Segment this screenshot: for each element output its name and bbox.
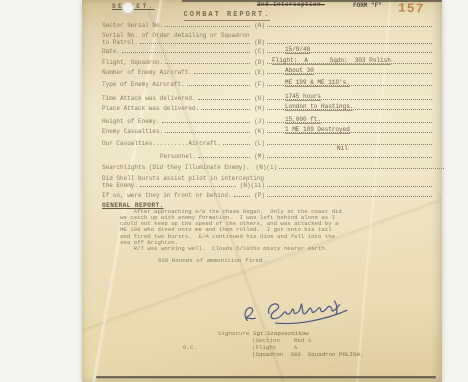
- field-value-area: [267, 38, 432, 46]
- field-value-area: [267, 191, 432, 199]
- cancelled-note: 2nd.Interception.: [257, 1, 325, 8]
- dotted-leader: [234, 196, 251, 197]
- field-letter: (A): [252, 22, 267, 29]
- form-row: Time Attack was delivered. (G) 1745 hour…: [102, 94, 432, 102]
- field-label: Date.: [102, 48, 120, 55]
- field-letter: (E): [252, 69, 267, 76]
- field-label: to Patrol.: [102, 39, 138, 46]
- dotted-leader: [223, 144, 250, 145]
- field-letter: (J): [252, 118, 267, 125]
- enemy-casualties-value: 1 ME 109 Destroyed: [285, 126, 350, 134]
- form-f-label: FORM "F": [353, 2, 382, 9]
- flight-squadron-value: Flight: A Sqdn: 303 Polish: [272, 57, 391, 65]
- dotted-leader: [165, 26, 250, 27]
- page-number-stamp: 157: [398, 1, 425, 17]
- scan-bottom-edge: [96, 376, 436, 378]
- field-label: Sector Serial No.: [102, 22, 163, 29]
- field-letter: (N)(ii): [238, 182, 267, 189]
- dotted-leader: [122, 52, 250, 53]
- dotted-leader: [140, 43, 250, 44]
- form-row: Type of Enemy Aircraft. (F) ME 109 & ME …: [102, 80, 432, 88]
- field-value-area: 15/9/40: [267, 47, 432, 55]
- field-value-area: 1 ME 109 Destroyed: [267, 127, 432, 135]
- form-row: Place Attack was delivered. (H) London t…: [102, 104, 432, 112]
- pilot-name: Sgt.Szaposznikow: [253, 330, 309, 337]
- dotted-leader: [198, 99, 251, 100]
- field-value-area: [267, 152, 432, 160]
- form-row: Height of Enemy. (J) 15,000 ft.: [102, 117, 432, 125]
- dotted-leader: [267, 43, 432, 44]
- form-row: If so, were they in front or behind. (P): [102, 191, 432, 199]
- enemy-height-value: 15,000 ft.: [285, 116, 321, 124]
- field-value-area: ME 109 & ME 110's.: [267, 80, 432, 88]
- field-label: Number of Enemy Aircraft.: [102, 69, 192, 76]
- field-label: Time Attack was delivered.: [102, 95, 196, 102]
- form-row: the Enemy. (N)(ii): [102, 181, 432, 189]
- field-letter: (H): [252, 105, 267, 112]
- field-value-area: [267, 21, 432, 29]
- form-row: Date. (C) 15/9/40: [102, 47, 432, 55]
- field-letter: (M): [252, 153, 267, 160]
- dotted-leader: [267, 196, 432, 197]
- dotted-leader: [267, 26, 432, 27]
- enemy-type-value: ME 109 & ME 110's.: [285, 79, 350, 87]
- dotted-leader: [198, 157, 250, 158]
- squadron-line: (Squadron 303 Squadron POLISH.: [252, 351, 363, 358]
- field-letter: (N)(i): [254, 164, 280, 171]
- field-letter: (D): [252, 59, 267, 66]
- form-row: to Patrol. (B): [102, 38, 432, 46]
- dotted-leader: [201, 109, 250, 110]
- field-label: Searchlights (Did they Illuminate Enemy)…: [102, 164, 250, 171]
- general-report-text: After approaching e/a the chase began. O…: [120, 209, 350, 252]
- rounds-fired-note: 526 Rounds of ammunition fired.: [158, 257, 266, 264]
- field-value-area: [279, 163, 444, 171]
- attack-time-value: 1745 hours: [285, 93, 321, 101]
- dotted-leader: [165, 132, 250, 133]
- field-value-area: About 30: [267, 68, 432, 76]
- field-label: If so, were they in front or behind.: [102, 192, 232, 199]
- field-letter: (B): [252, 39, 267, 46]
- dotted-leader: [165, 63, 250, 64]
- attack-place-value: London to Hastings.: [285, 103, 353, 111]
- field-label: Personnel.: [160, 153, 196, 160]
- dotted-leader: [267, 186, 432, 187]
- field-letter: (F): [252, 81, 267, 88]
- form-row: Searchlights (Did they Illuminate Enemy)…: [102, 163, 432, 171]
- field-label: the Enemy.: [102, 182, 138, 189]
- signature-label: Signature: [218, 330, 249, 337]
- oc-label: O.C.: [183, 344, 197, 351]
- dotted-leader: [187, 85, 250, 86]
- field-value-area: London to Hastings.: [267, 104, 432, 112]
- form-row: Sector Serial No. (A): [102, 21, 432, 29]
- our-casualties-value: Nil: [337, 145, 348, 152]
- field-value-area: 1745 hours: [267, 94, 432, 102]
- dotted-leader: [267, 144, 432, 145]
- dotted-leader: [279, 168, 444, 169]
- field-label: Type of Enemy Aircraft.: [102, 81, 185, 88]
- dotted-leader: [194, 73, 250, 74]
- hole-punch: [122, 2, 134, 14]
- enemy-count-value: About 30: [285, 67, 314, 75]
- dotted-leader: [162, 122, 251, 123]
- field-label: Our Casualties..........Aircraft.: [102, 140, 221, 147]
- form-row: Our Casualties..........Aircraft. (L): [102, 139, 432, 147]
- field-label: Place Attack was delivered.: [102, 105, 199, 112]
- field-letter: (K): [252, 128, 267, 135]
- form-row: Flight, Squadron. (D) Flight: A Sqdn: 30…: [102, 58, 432, 66]
- field-letter: (G): [252, 95, 267, 102]
- dotted-leader: [140, 186, 236, 187]
- date-value: 15/9/40: [285, 46, 310, 54]
- dotted-leader: [267, 157, 432, 158]
- field-letter: (C): [252, 48, 267, 55]
- form-row: Personnel. (M): [160, 152, 432, 160]
- field-letter: (L): [252, 140, 267, 147]
- form-row: Number of Enemy Aircraft. (E) About 30: [102, 68, 432, 76]
- field-value-area: 15,000 ft.: [267, 117, 432, 125]
- handwritten-signature: [236, 293, 356, 333]
- section-line: (Section Red 3: [252, 337, 311, 344]
- field-value-area: Flight: A Sqdn: 303 Polish: [267, 58, 432, 66]
- field-label: Enemy Casualties.: [102, 128, 163, 135]
- flight-line: (Flight A: [252, 344, 297, 351]
- field-label: Height of Enemy.: [102, 118, 160, 125]
- field-label: Flight, Squadron.: [102, 59, 163, 66]
- combat-report-document: SECRET. 2nd.Interception. FORM "F" 157 C…: [82, 0, 442, 382]
- form-row: Enemy Casualties. (K) 1 ME 109 Destroyed: [102, 127, 432, 135]
- field-value-area: [267, 181, 432, 189]
- field-letter: (P): [252, 192, 267, 199]
- field-value-area: [267, 139, 432, 147]
